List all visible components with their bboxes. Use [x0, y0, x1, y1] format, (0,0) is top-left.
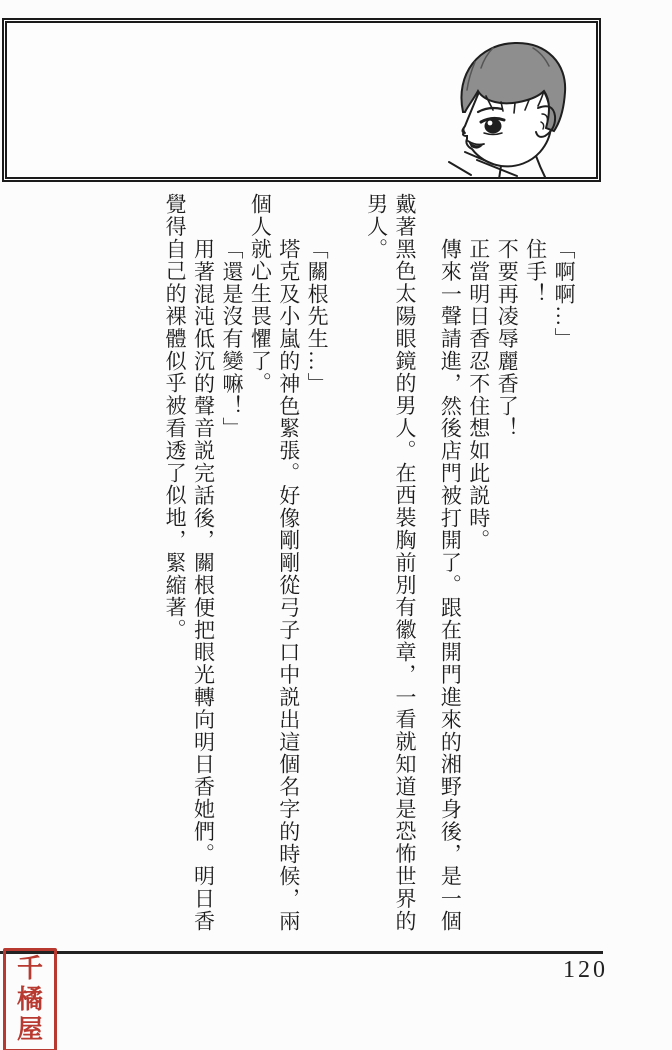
eye-iris [485, 119, 502, 134]
book-page: 「啊啊…」 住手！ 不要再凌辱麗香了！ 正當明日香忍不住想如此説時。 傳來一聲請… [0, 0, 672, 1050]
paragraph-dialogue: 「還是沒有變嘛！」 [218, 193, 246, 934]
paragraph-narration: 塔克及小嵐的神色緊張。好像剛剛從弓子口中説出這個名字的時候，兩個人就心生畏懼了。 [246, 193, 303, 934]
seal-character: 千 [17, 956, 43, 982]
illustration-panel [2, 18, 601, 182]
page-number: 120 [563, 957, 608, 984]
portrait-illustration [440, 34, 582, 179]
footer-divider-line [0, 951, 603, 954]
paragraph-dialogue: 住手！ [521, 193, 549, 934]
paragraph-narration: 正當明日香忍不住想如此説時。 [464, 193, 492, 934]
eye-highlight [488, 121, 493, 126]
paragraph-narration: 傳來一聲請進，然後店門被打開了。跟在開門進來的湘野身後，是一個 [436, 193, 464, 934]
paragraph-dialogue: 「啊啊…」 [550, 193, 578, 934]
paragraph-narration: 戴著黑色太陽眼鏡的男人。在西裝胸前別有徽章，一看就知道是恐怖世界的男人。 [362, 193, 419, 934]
seal-character: 屋 [17, 1017, 43, 1043]
body-text: 「啊啊…」 住手！ 不要再凌辱麗香了！ 正當明日香忍不住想如此説時。 傳來一聲請… [128, 193, 578, 934]
paragraph-dialogue: 「關根先生…」 [303, 193, 331, 934]
publisher-seal: 千 橘 屋 [3, 948, 57, 1050]
paragraph-dialogue: 不要再凌辱麗香了！ [493, 193, 521, 934]
seal-character: 橘 [17, 987, 43, 1013]
paragraph-narration: 用著混沌低沉的聲音説完話後，關根便把眼光轉向明日香她們。明日香覺得自己的裸體似乎… [161, 193, 218, 934]
